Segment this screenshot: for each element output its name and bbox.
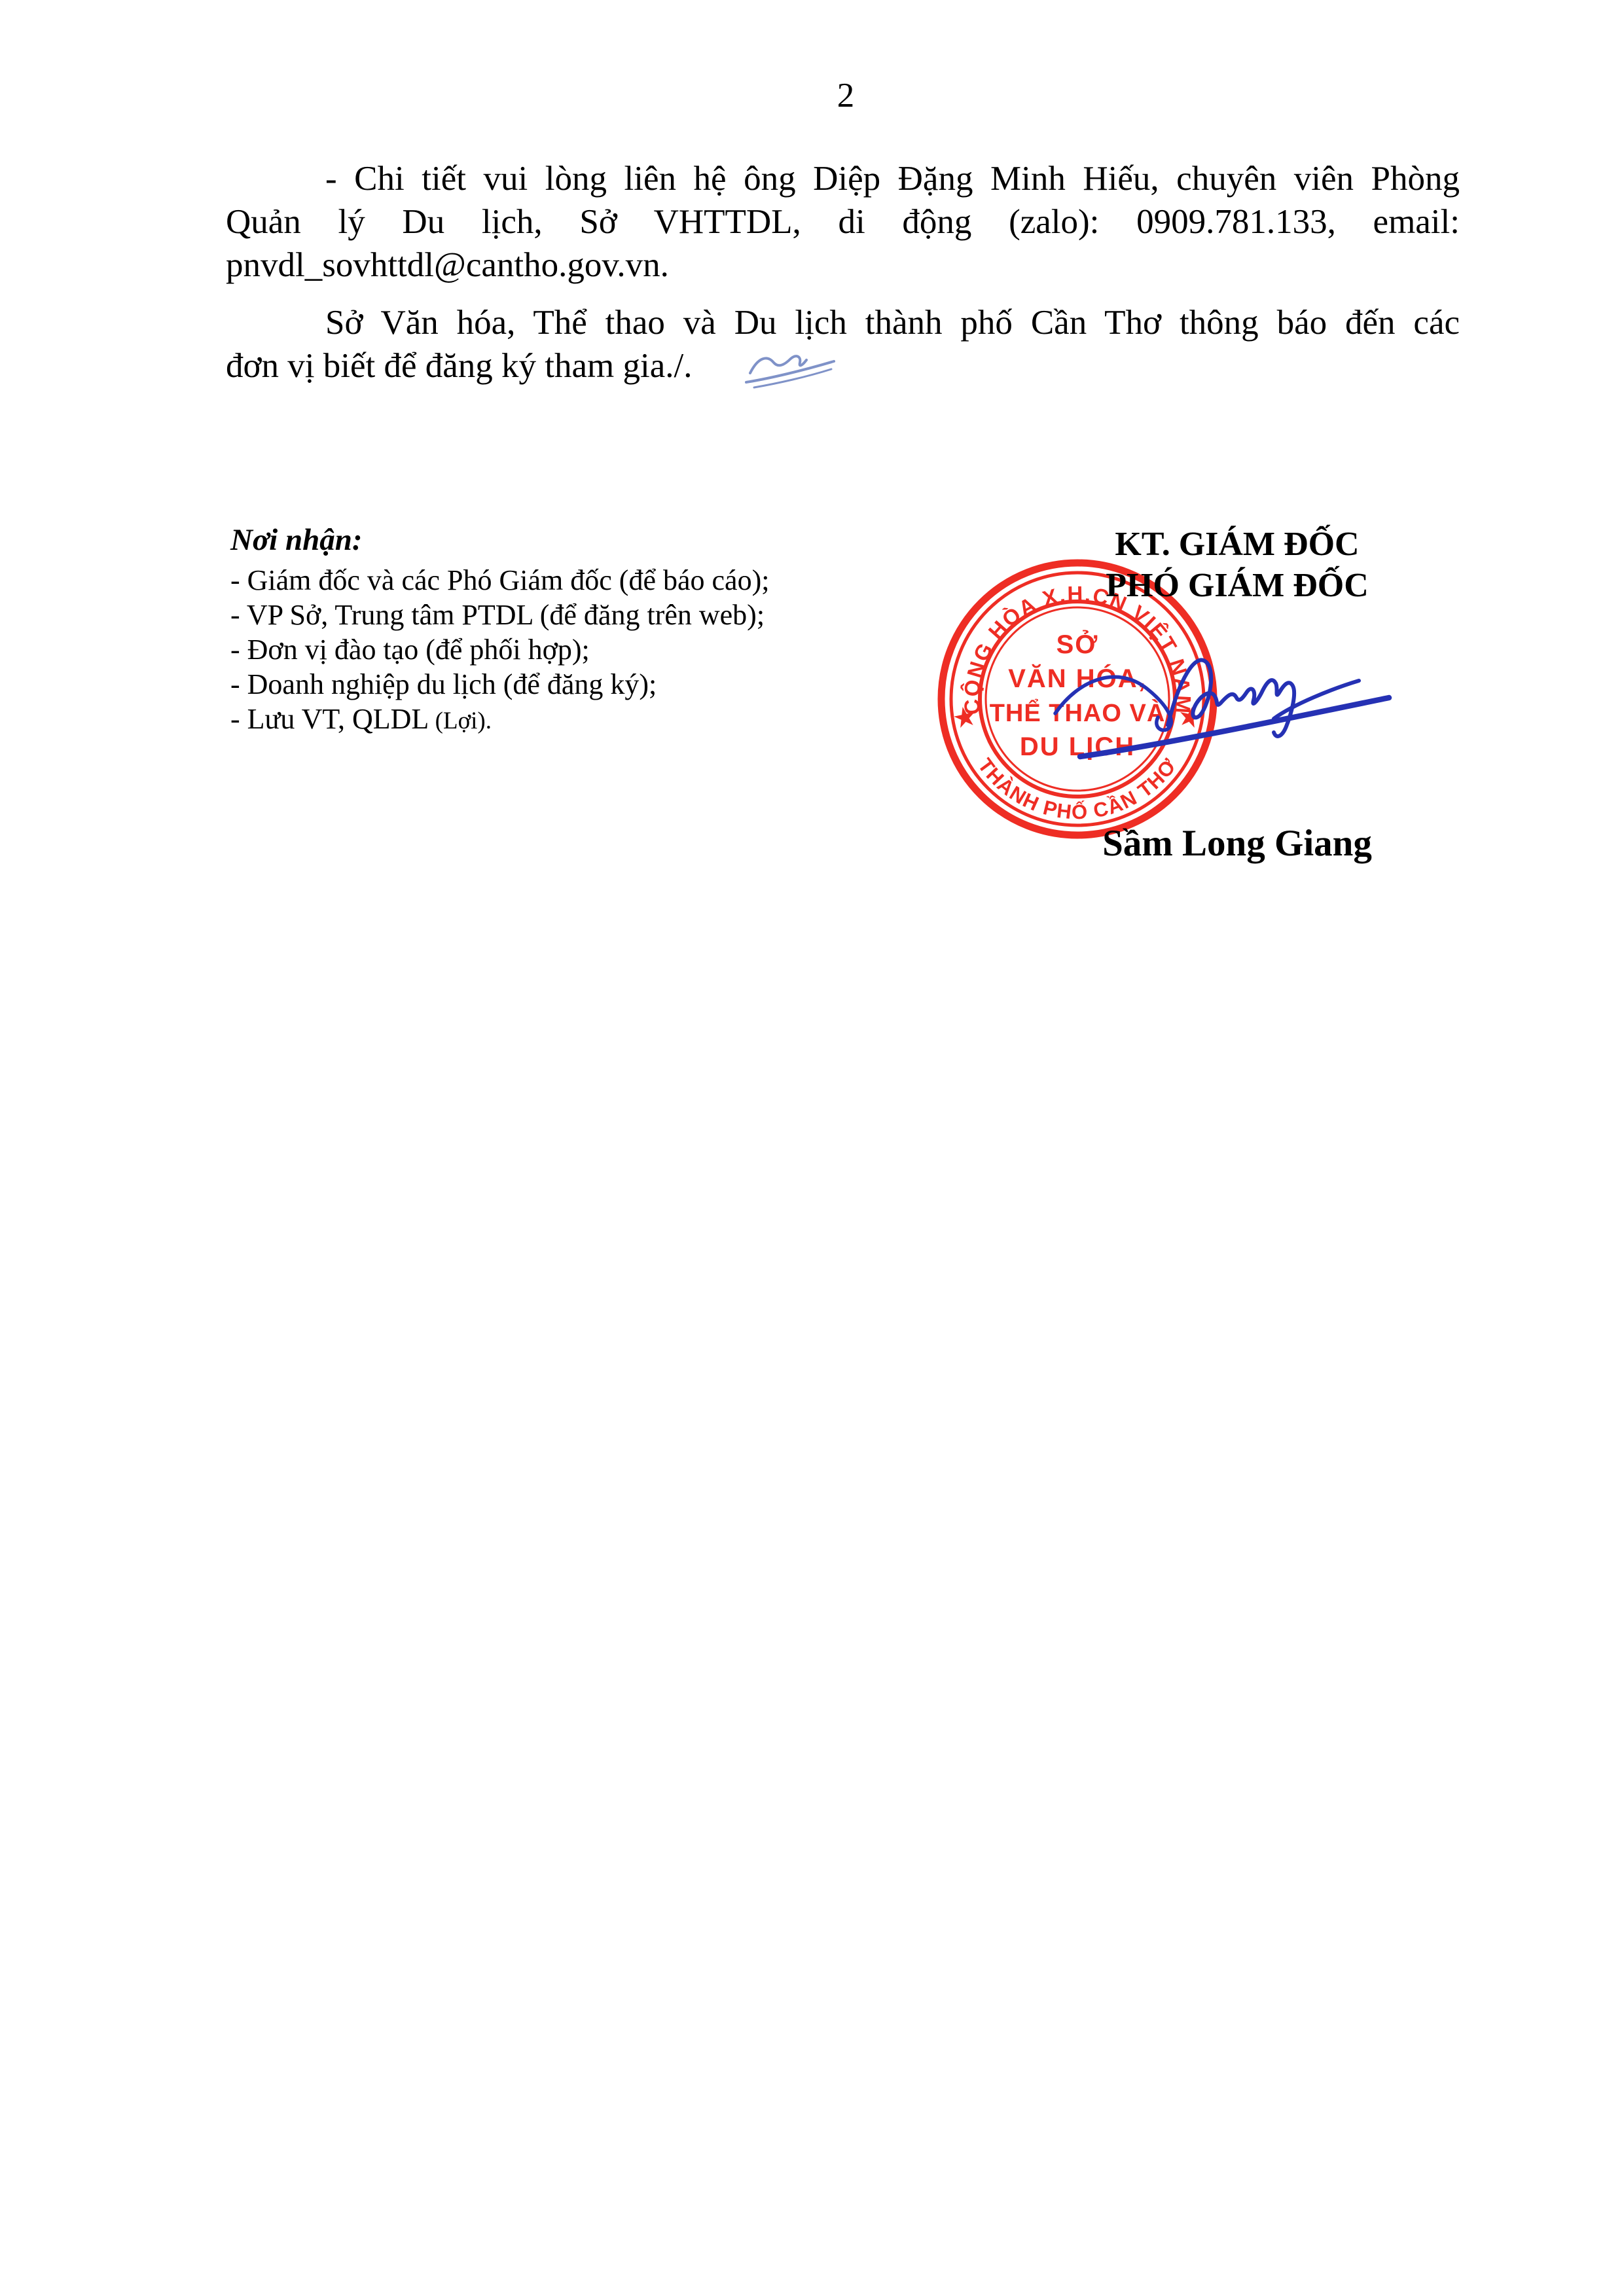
signature-title-line-2: PHÓ GIÁM ĐỐC bbox=[1008, 565, 1466, 606]
recipient-item: - Doanh nghiệp du lịch (để đăng ký); bbox=[230, 667, 983, 702]
paragraph-1-line-3: pnvdl_sovhttdl@cantho.gov.vn. bbox=[226, 243, 1460, 287]
recipient-item-last-main: - Lưu VT, QLDL bbox=[230, 703, 435, 735]
recipients-title: Nơi nhận: bbox=[230, 524, 983, 556]
handwritten-signature bbox=[1019, 640, 1411, 778]
clerk-initials-strokes bbox=[746, 356, 834, 387]
recipient-item: - VP Sở, Trung tâm PTDL (để đăng trên we… bbox=[230, 598, 983, 632]
paragraph-1-line-2: Quản lý Du lịch, Sở VHTTDL, di động (zal… bbox=[226, 200, 1460, 243]
signature-strokes bbox=[1055, 660, 1389, 757]
recipient-item: - Giám đốc và các Phó Giám đốc (để báo c… bbox=[230, 563, 983, 598]
paragraph-2-line-1: Sở Văn hóa, Thể thao và Du lịch thành ph… bbox=[226, 301, 1460, 344]
body-text: - Chi tiết vui lòng liên hệ ông Diệp Đặn… bbox=[226, 157, 1460, 387]
recipient-item-last-note: (Lợi). bbox=[435, 708, 492, 734]
page-number: 2 bbox=[820, 76, 872, 115]
paragraph-2-line-2: đơn vị biết để đăng ký tham gia./. bbox=[226, 344, 1460, 387]
signature-title-line-1: KT. GIÁM ĐỐC bbox=[1008, 524, 1466, 565]
recipient-item-last: - Lưu VT, QLDL (Lợi). bbox=[230, 702, 983, 738]
clerk-initials-ink bbox=[741, 346, 839, 391]
recipients-section: Nơi nhận: - Giám đốc và các Phó Giám đốc… bbox=[230, 524, 983, 738]
signer-name: Sầm Long Giang bbox=[1008, 822, 1466, 865]
signature-title-block: KT. GIÁM ĐỐC PHÓ GIÁM ĐỐC bbox=[1008, 524, 1466, 606]
document-page: 2 - Chi tiết vui lòng liên hệ ông Diệp Đ… bbox=[0, 0, 1624, 2296]
recipient-item: - Đơn vị đào tạo (để phối hợp); bbox=[230, 632, 983, 667]
paragraph-1-line-1: - Chi tiết vui lòng liên hệ ông Diệp Đặn… bbox=[226, 157, 1460, 200]
